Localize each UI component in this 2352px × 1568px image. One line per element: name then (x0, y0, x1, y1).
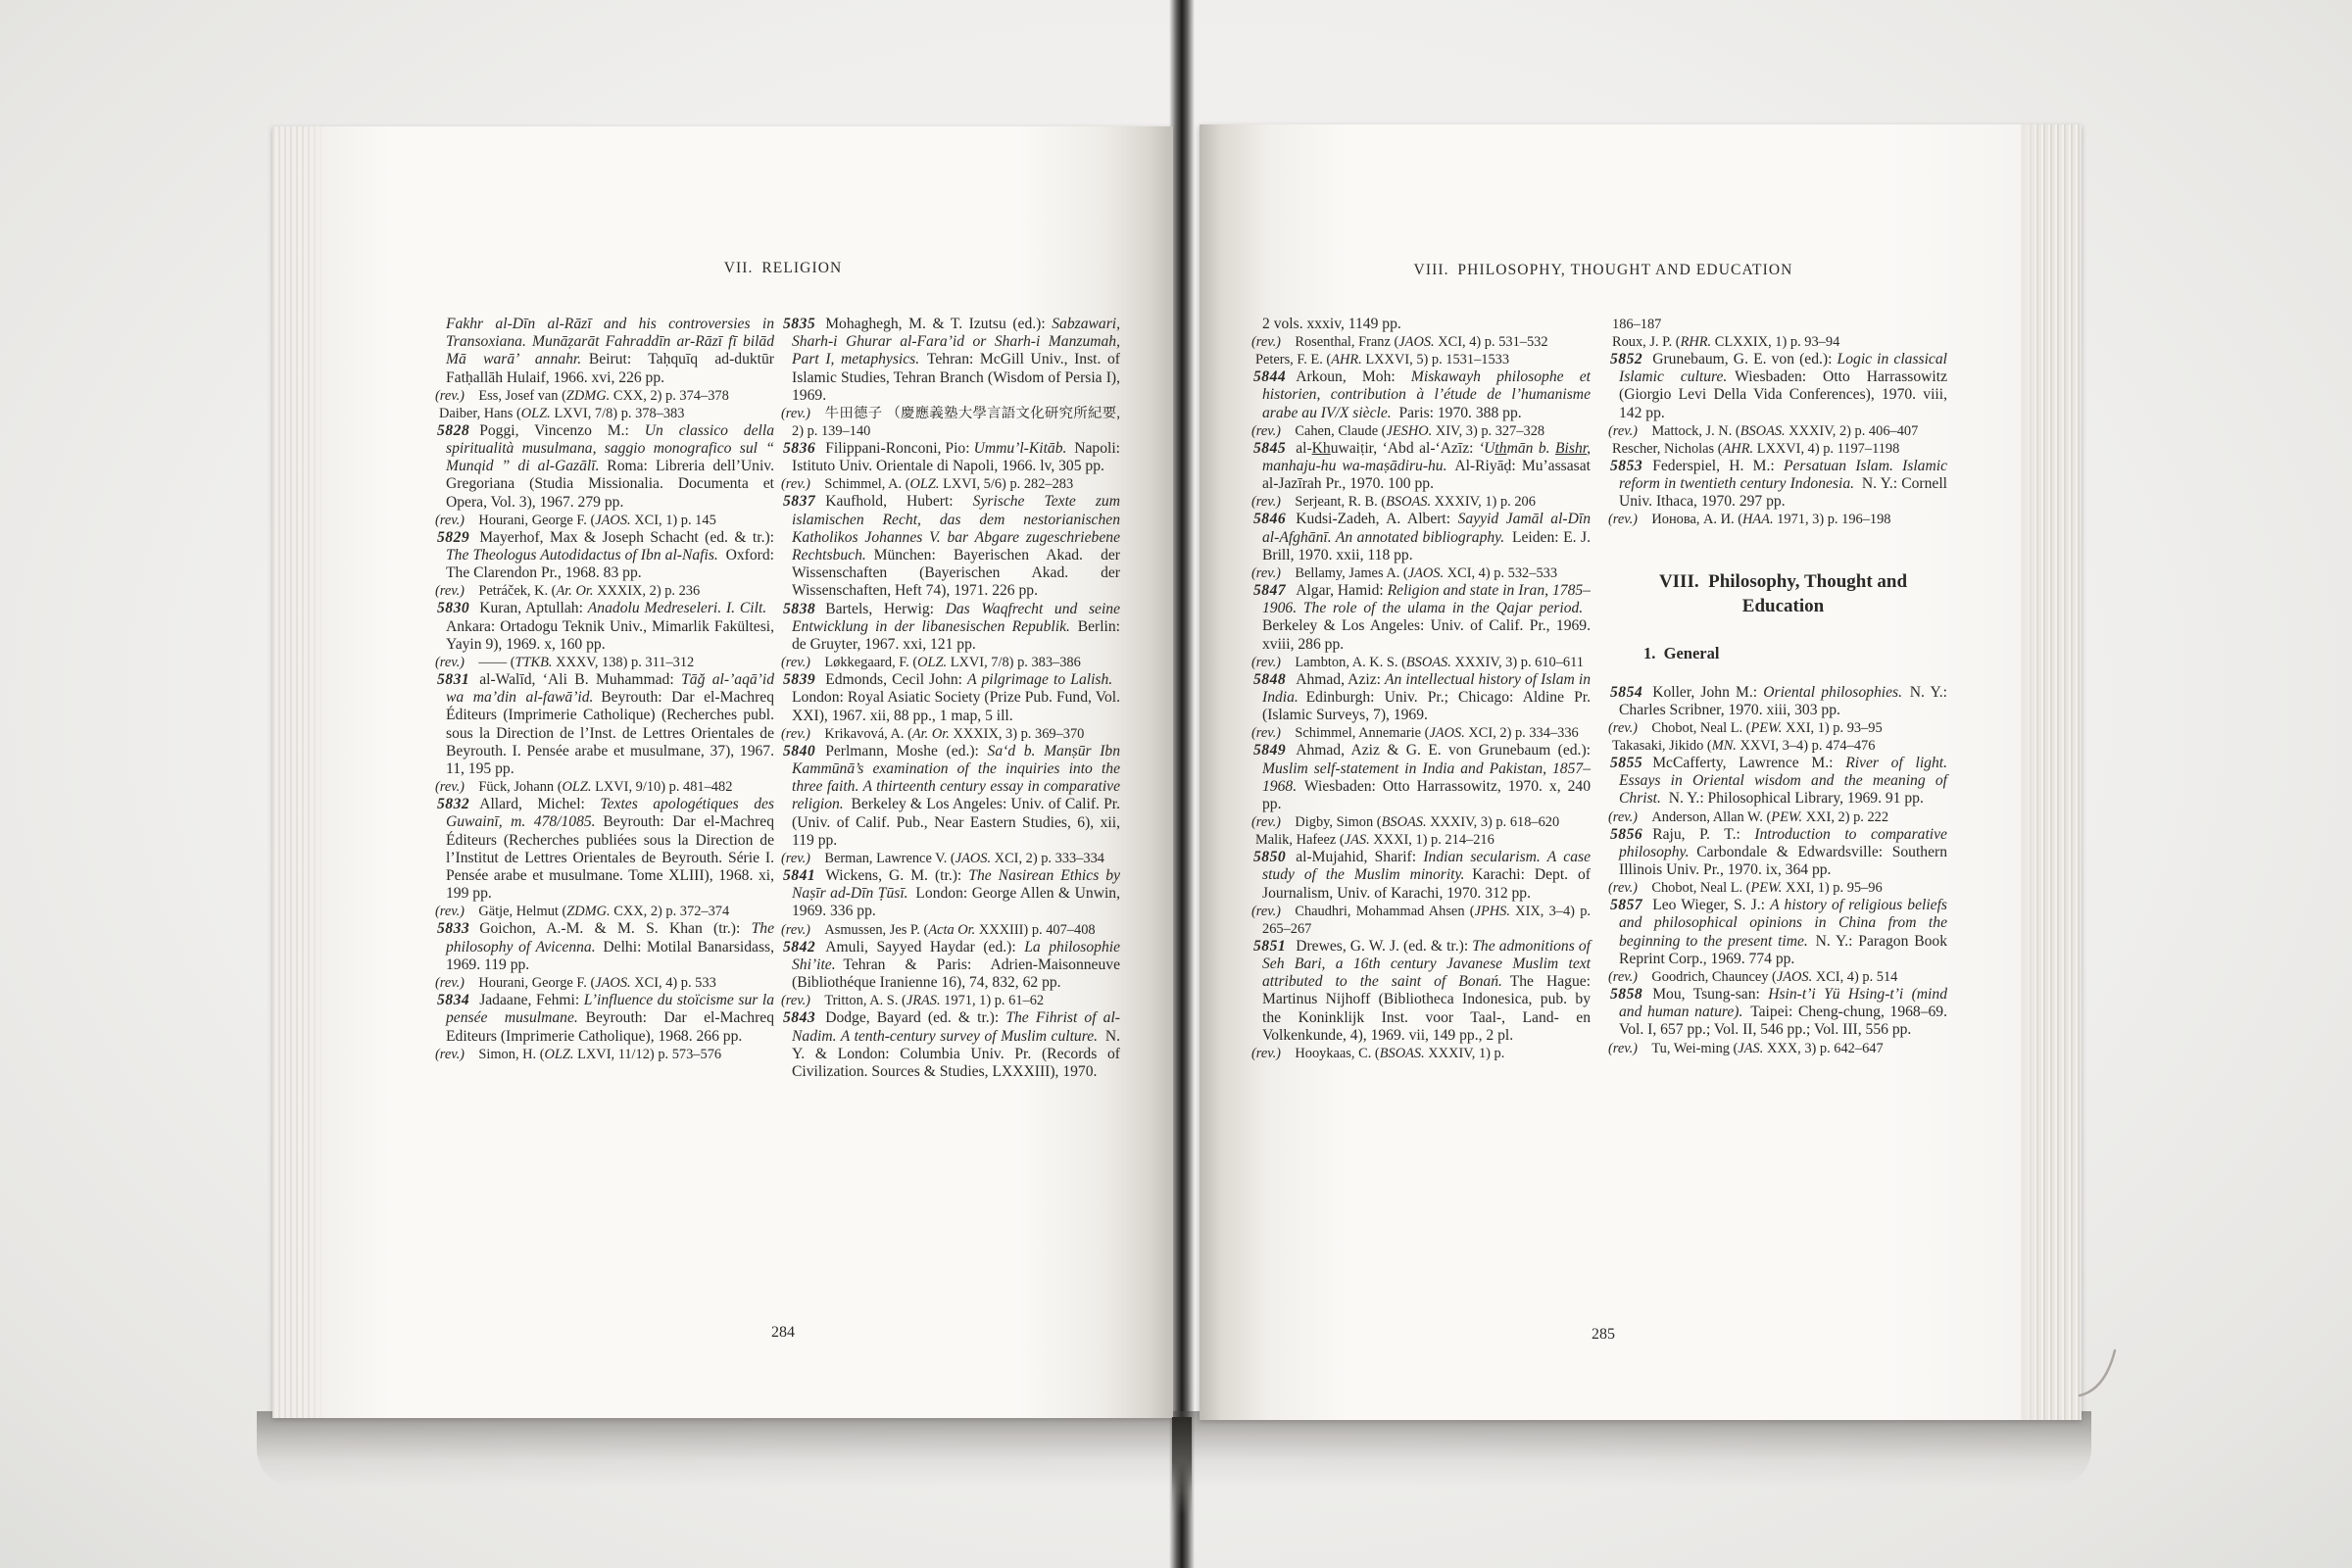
text-run: Chaudhri, Mohammad Ahsen ( (1281, 904, 1475, 919)
review-line: 186–187 (1619, 316, 1947, 333)
text-run: Anderson, Allan W. ( (1638, 809, 1771, 825)
entry-number: 5844 (1253, 368, 1296, 385)
entry-number: 5831 (437, 671, 479, 688)
text-run: al-Walīd, ‘Ali B. Muhammad: (479, 671, 681, 688)
text-run: PEW. (1750, 720, 1782, 736)
entry-number: 5837 (783, 493, 825, 510)
page-curl-mark (2076, 1345, 2121, 1399)
text-run: Digby, Simon ( (1281, 814, 1382, 830)
bib-entry-5844: 5844Arkoun, Moh: Miskawayh philosophe et… (1262, 368, 1591, 422)
text-run: Oriental philosophies. (1763, 684, 1902, 701)
text-run: (rev.) (1251, 1046, 1281, 1061)
bib-entry-5830: 5830Kuran, Aptullah: Anadolu Medreseleri… (446, 600, 774, 654)
text-run: XXXIV, 1) p. (1425, 1046, 1505, 1061)
entry-number: 5845 (1253, 440, 1296, 457)
bib-entry-5852: 5852Grunebaum, G. E. von (ed.): Logic in… (1619, 351, 1947, 422)
bib-entry-5828: 5828Poggi, Vincenzo M.: Un classico dell… (446, 422, 774, 512)
entry-number: 5843 (783, 1009, 825, 1026)
bib-entry-5832: 5832Allard, Michel: Textes apologétiques… (446, 796, 774, 903)
text-run: (rev.) (1251, 725, 1281, 741)
bib-entry-5833: 5833Goichon, A.-M. & M. S. Khan (tr.): T… (446, 920, 774, 974)
text-run: BSOAS. (1386, 494, 1431, 510)
review-line: (rev.) Simon, H. (OLZ. LXVI, 11/12) p. 5… (446, 1046, 774, 1063)
text-run: Filippani-Ronconi, Pio: (825, 440, 973, 457)
bib-entry-5829: 5829Mayerhof, Max & Joseph Schacht (ed. … (446, 529, 774, 583)
text-run: Edinburgh: Univ. Pr.; Chicago: Aldine Pr… (1262, 689, 1591, 723)
text-run: Kudsi-Zadeh, A. Albert: (1296, 511, 1457, 527)
review-line: (rev.) Hourani, George F. (JAOS. XCI, 4)… (446, 974, 774, 992)
text-run: XXXIV, 2) p. 406–407 (1786, 423, 1919, 439)
left-page-column-2: 5835Mohaghegh, M. & T. Izutsu (ed.): Sab… (792, 316, 1120, 1081)
text-run: Schimmel, Annemarie ( (1281, 725, 1429, 741)
review-line: (rev.) Chaudhri, Mohammad Ahsen (JPHS. X… (1262, 903, 1591, 938)
text-run: Arkoun, Moh: (1296, 368, 1411, 385)
text-run: 186–187 (1612, 317, 1661, 332)
review-line: (rev.) Berman, Lawrence V. (JAOS. XCI, 2… (792, 850, 1120, 867)
bib-entry-5841: 5841Wickens, G. M. (tr.): The Nasirean E… (792, 867, 1120, 921)
text-run: Takasaki, Jikido ( (1612, 738, 1712, 754)
text-run: Dodge, Bayard (ed. & tr.): (825, 1009, 1005, 1026)
text-run: McCafferty, Lawrence M.: (1652, 755, 1845, 771)
text-run: Peters, F. E. ( (1255, 352, 1331, 367)
entry-number: 5832 (437, 796, 479, 812)
text-run: ZDMG. (566, 388, 610, 404)
text-run: JAS. (1738, 1041, 1763, 1056)
bib-entry-5836: 5836Filippani-Ronconi, Pio: Ummu’l-Kitāb… (792, 440, 1120, 475)
text-run: CXX, 2) p. 372–374 (611, 904, 730, 919)
text-run: Wiesbaden: Otto Harrassowitz, 1970. x, 2… (1262, 778, 1591, 812)
right-page: VIII. PHILOSOPHY, THOUGHT AND EDUCATION … (1200, 124, 2082, 1420)
text-run: (rev.) (1608, 423, 1638, 439)
text-run: XXI, 1) p. 93–95 (1782, 720, 1882, 736)
text-run: Chobot, Neal L. ( (1638, 720, 1751, 736)
review-line: (rev.) Krikavová, A. (Ar. Or. XXXIX, 3) … (792, 725, 1120, 743)
text-run: 2 vols. xxxiv, 1149 pp. (1262, 316, 1401, 332)
review-line: (rev.) Gätje, Helmut (ZDMG. CXX, 2) p. 3… (446, 903, 774, 920)
text-run: (rev.) (1251, 814, 1281, 830)
text-run: (rev.) (781, 476, 810, 492)
text-run: (rev.) (1251, 655, 1281, 670)
text-run: (rev.) (1608, 880, 1638, 896)
text-run: 1. General (1643, 644, 1719, 662)
bib-entry-5843: 5843Dodge, Bayard (ed. & tr.): The Fihri… (792, 1009, 1120, 1081)
text-run: Mayerhof, Max & Joseph Schacht (ed. & tr… (479, 529, 774, 546)
text-run: OLZ. (563, 779, 592, 795)
text-run: mān b. (1507, 440, 1555, 457)
review-line: (rev.) Hooykaas, C. (BSOAS. XXXIV, 1) p. (1262, 1045, 1591, 1062)
review-line: (rev.) Ess, Josef van (ZDMG. CXX, 2) p. … (446, 387, 774, 405)
text-run: Anadolu Medreseleri. I. Cilt. (588, 600, 766, 616)
text-run: Goodrich, Chauncey ( (1638, 969, 1777, 985)
text-run: OLZ. (545, 1047, 574, 1062)
text-run: (rev.) (781, 993, 810, 1008)
text-run: JAOS. (1429, 725, 1464, 741)
text-run: TTKB. (515, 655, 553, 670)
bib-entry-5851: 5851Drewes, G. W. J. (ed. & tr.): The ad… (1262, 938, 1591, 1045)
text-run: JAOS. (1777, 969, 1812, 985)
text-run: Ummu’l-Kitāb. (974, 440, 1067, 457)
section-heading: VIII. Philosophy, Thought and Education (1627, 569, 1939, 618)
text-run: Gätje, Helmut ( (465, 904, 566, 919)
text-run: Drewes, G. W. J. (ed. & tr.): (1296, 938, 1472, 955)
entry-number: 5854 (1610, 684, 1652, 701)
text-run: Jadaane, Fehmi: (479, 992, 584, 1008)
text-run: JAOS. (595, 975, 630, 991)
review-line: (rev.) Chobot, Neal L. (PEW. XXI, 1) p. … (1619, 719, 1947, 737)
text-run: Asmussen, Jes P. ( (810, 922, 928, 938)
text-run: Mou, Tsung-san: (1652, 986, 1768, 1003)
text-run: Schimmel, A. ( (810, 476, 910, 492)
entry-number: 5857 (1610, 897, 1652, 913)
bib-entry-5837: 5837Kaufhold, Hubert: Syrische Texte zum… (792, 493, 1120, 600)
text-run: ZDMG. (566, 904, 610, 919)
text-run: —— ( (465, 655, 515, 670)
text-run: (rev.) (1251, 423, 1281, 439)
text-run: Ahmad, Aziz & G. E. von Grunebaum (ed.): (1296, 742, 1591, 759)
text-run: LXVI, 5/6) p. 282–283 (940, 476, 1074, 492)
review-line: (rev.) Tritton, A. S. (JRAS. 1971, 1) p.… (792, 992, 1120, 1009)
review-line: Daiber, Hans (OLZ. LXVI, 7/8) p. 378–383 (446, 405, 774, 422)
text-run: XXXV, 138) p. 311–312 (553, 655, 695, 670)
bib-entry-5845: 5845al-Khuwaiṭir, ‘Abd al-‘Azīz: ‘Uthmān… (1262, 440, 1591, 494)
bib-entry-5842: 5842Amuli, Sayyed Haydar (ed.): La philo… (792, 939, 1120, 993)
review-line: (rev.) Digby, Simon (BSOAS. XXXIV, 3) p.… (1262, 813, 1591, 831)
text-run: CXX, 2) p. 374–378 (610, 388, 729, 404)
text-run: (rev.) (1608, 969, 1638, 985)
text-run: AHR. (1331, 352, 1362, 367)
running-head-left: VII. RELIGION (446, 260, 1120, 277)
review-line: Malik, Hafeez (JAS. XXXI, 1) p. 214–216 (1262, 831, 1591, 849)
text-run: Raju, P. T.: (1652, 826, 1754, 843)
review-line: (rev.) Bellamy, James A. (JAOS. XCI, 4) … (1262, 564, 1591, 582)
text-run: XXVI, 3–4) p. 474–476 (1737, 738, 1876, 754)
text-run: XIV, 3) p. 327–328 (1432, 423, 1544, 439)
text-run: Koller, John M.: (1652, 684, 1763, 701)
text-run: Ar. Or. (556, 583, 593, 599)
text-run: Løkkegaard, F. ( (810, 655, 917, 670)
text-run: Wickens, G. M. (tr.): (825, 867, 968, 884)
text-run: (rev.) (781, 406, 810, 421)
text-run: XCI, 4) p. 533 (631, 975, 716, 991)
review-line: (rev.) Anderson, Allan W. (PEW. XXI, 2) … (1619, 808, 1947, 826)
review-line: (rev.) Ионова, А. И. (HAA. 1971, 3) p. 1… (1619, 511, 1947, 528)
text-run: 牛田德子 （慶應義塾大學言語文化研究所紀要, 2) p. 139–140 (792, 406, 1120, 439)
bib-entry-5848: 5848Ahmad, Aziz: An intellectual history… (1262, 671, 1591, 725)
text-run: LXVI, 7/8) p. 383–386 (947, 655, 1081, 670)
text-run: Krikavová, A. ( (810, 726, 912, 742)
review-line: (rev.) 牛田德子 （慶應義塾大學言語文化研究所紀要, 2) p. 139–… (792, 405, 1120, 440)
text-run: LXXVI, 5) p. 1531–1533 (1362, 352, 1509, 367)
continuation-text: 2 vols. xxxiv, 1149 pp. (1262, 316, 1591, 333)
review-line: Rescher, Nicholas (AHR. LXXVI, 4) p. 119… (1619, 440, 1947, 458)
text-run: 1971, 1) p. 61–62 (941, 993, 1045, 1008)
text-run: al- (1296, 440, 1311, 457)
text-run: XCI, 4) p. 532–533 (1444, 565, 1557, 581)
text-run: XCI, 2) p. 334–336 (1465, 725, 1579, 741)
bib-entry-5831: 5831al-Walīd, ‘Ali B. Muhammad: Tāğ al-’… (446, 671, 774, 778)
left-page-column-1: Fakhr al-Dīn al-Rāzī and his controversi… (446, 316, 774, 1063)
text-run: Hourani, George F. ( (465, 513, 595, 528)
text-run: Mattock, J. N. ( (1638, 423, 1740, 439)
page-stack-edge-left (272, 126, 327, 1418)
entry-number: 5852 (1610, 351, 1652, 367)
text-run: (rev.) (1251, 904, 1281, 919)
text-run: (rev.) (435, 1047, 465, 1062)
text-run: BSOAS. (1406, 655, 1451, 670)
text-run: Ess, Josef van ( (465, 388, 566, 404)
bib-entry-5838: 5838Bartels, Herwig: Das Waqfrecht und s… (792, 601, 1120, 655)
text-run: BSOAS. (1382, 814, 1427, 830)
text-run: th (1494, 440, 1506, 457)
entry-number: 5841 (783, 867, 825, 884)
text-run: Ahmad, Aziz: (1296, 671, 1385, 688)
text-run: MN. (1712, 738, 1737, 754)
text-run: Mohaghegh, M. & T. Izutsu (ed.): (825, 316, 1052, 332)
text-run: al-Mujahid, Sharif: (1296, 849, 1423, 865)
text-run: Ионова, А. И. ( (1638, 512, 1742, 527)
bib-entry-5856: 5856Raju, P. T.: Introduction to compara… (1619, 826, 1947, 880)
entry-number: 5830 (437, 600, 479, 616)
continuation-text: Fakhr al-Dīn al-Rāzī and his controversi… (446, 316, 774, 387)
text-run: Fück, Johann ( (465, 779, 563, 795)
text-run: LXVI, 9/10) p. 481–482 (592, 779, 733, 795)
review-line: (rev.) Schimmel, A. (OLZ. LXVI, 5/6) p. … (792, 475, 1120, 493)
review-line: (rev.) —— (TTKB. XXXV, 138) p. 311–312 (446, 654, 774, 671)
text-run: VIII. Philosophy, Thought and Education (1659, 571, 1907, 616)
text-run: Kuran, Aptullah: (479, 600, 588, 616)
entry-number: 5828 (437, 422, 479, 439)
text-run: Bellamy, James A. ( (1281, 565, 1408, 581)
entry-number: 5833 (437, 920, 479, 937)
bib-entry-5846: 5846Kudsi-Zadeh, A. Albert: Sayyid Jamāl… (1262, 511, 1591, 564)
text-run: Bartels, Herwig: (825, 601, 945, 617)
text-run: OLZ. (917, 655, 947, 670)
text-run: XXXIX, 2) p. 236 (593, 583, 700, 599)
text-run: JAOS. (595, 513, 630, 528)
review-line: (rev.) Chobot, Neal L. (PEW. XXI, 1) p. … (1619, 879, 1947, 897)
bib-entry-5847: 5847Algar, Hamid: Religion and state in … (1262, 582, 1591, 654)
text-run: LXVI, 7/8) p. 378–383 (551, 406, 685, 421)
text-run: Roux, J. P. ( (1612, 334, 1681, 350)
bib-entry-5849: 5849Ahmad, Aziz & G. E. von Grunebaum (e… (1262, 742, 1591, 813)
text-run: (rev.) (781, 851, 810, 866)
review-line: (rev.) Schimmel, Annemarie (JAOS. XCI, 2… (1262, 724, 1591, 742)
bib-entry-5835: 5835Mohaghegh, M. & T. Izutsu (ed.): Sab… (792, 316, 1120, 405)
text-run: (rev.) (1608, 720, 1638, 736)
text-run: Tritton, A. S. ( (810, 993, 906, 1008)
text-run: LXVI, 11/12) p. 573–576 (574, 1047, 722, 1062)
text-run: 1971, 3) p. 196–198 (1774, 512, 1891, 527)
review-line: (rev.) Tu, Wei-ming (JAS. XXX, 3) p. 642… (1619, 1040, 1947, 1057)
text-run: Hourani, George F. ( (465, 975, 595, 991)
page-stack-edge-right (2021, 124, 2082, 1420)
text-run: (rev.) (1608, 809, 1638, 825)
text-run: XXXIX, 3) p. 369–370 (950, 726, 1085, 742)
text-run: (rev.) (781, 922, 810, 938)
text-run: A pilgrimage to Lalish. (967, 671, 1112, 688)
entry-number: 5856 (1610, 826, 1652, 843)
text-run: JRAS. (906, 993, 941, 1008)
text-run: OLZ. (521, 406, 551, 421)
text-run: Tehran & Paris: Adrien-Maisonneuve (Bibl… (792, 956, 1120, 991)
text-run: XCI, 2) p. 333–334 (991, 851, 1104, 866)
right-page-column-1: 2 vols. xxxiv, 1149 pp.(rev.) Rosenthal,… (1262, 316, 1591, 1062)
review-line: (rev.) Petráček, K. (Ar. Or. XXXIX, 2) p… (446, 582, 774, 600)
text-run: Federspiel, H. M.: (1652, 458, 1784, 474)
entry-number: 5848 (1253, 671, 1296, 688)
review-line: (rev.) Hourani, George F. (JAOS. XCI, 1)… (446, 512, 774, 529)
text-run: XXXIV, 3) p. 618–620 (1427, 814, 1560, 830)
text-run: Edmonds, Cecil John: (825, 671, 967, 688)
entry-number: 5858 (1610, 986, 1652, 1003)
review-line: (rev.) Goodrich, Chauncey (JAOS. XCI, 4)… (1619, 968, 1947, 986)
entry-number: 5836 (783, 440, 825, 457)
text-run: ‘U (1479, 440, 1494, 457)
bib-entry-5840: 5840Perlmann, Moshe (ed.): Sa‘d b. Manṣū… (792, 743, 1120, 850)
text-run: (rev.) (435, 583, 465, 599)
text-run: (rev.) (435, 655, 465, 670)
text-run: Serjeant, R. B. ( (1281, 494, 1386, 510)
book-photo: VII. RELIGION Fakhr al-Dīn al-Rāzī and h… (0, 0, 2352, 1568)
text-run: Tu, Wei-ming ( (1638, 1041, 1738, 1056)
review-line: Takasaki, Jikido (MN. XXVI, 3–4) p. 474–… (1619, 737, 1947, 755)
text-run: N. Y.: Philosophical Library, 1969. 91 p… (1661, 790, 1924, 807)
entry-number: 5834 (437, 992, 479, 1008)
text-run: Paris: 1970. 388 pp. (1392, 405, 1522, 421)
entry-number: 5838 (783, 601, 825, 617)
review-line: (rev.) Cahen, Claude (JESHO. XIV, 3) p. … (1262, 422, 1591, 440)
text-run: XCI, 4) p. 514 (1812, 969, 1897, 985)
text-run: (rev.) (435, 975, 465, 991)
text-run: Perlmann, Moshe (ed.): (825, 743, 987, 759)
text-run: LXXVI, 4) p. 1197–1198 (1753, 441, 1899, 457)
text-run: Grunebaum, G. E. von (ed.): (1652, 351, 1837, 367)
book-spine-bottom (1172, 1417, 1192, 1515)
text-run: (rev.) (435, 388, 465, 404)
bib-entry-5834: 5834Jadaane, Fehmi: L’influence du stoïc… (446, 992, 774, 1046)
text-run: Bishr (1555, 440, 1587, 457)
text-run: (rev.) (435, 904, 465, 919)
review-line: (rev.) Lambton, A. K. S. (BSOAS. XXXIV, … (1262, 654, 1591, 671)
text-run: (rev.) (435, 779, 465, 795)
text-run: Simon, H. ( (465, 1047, 545, 1062)
text-run: Cahen, Claude ( (1281, 423, 1387, 439)
text-run: JAOS. (1408, 565, 1444, 581)
text-run: XXXIII) p. 407–408 (975, 922, 1095, 938)
text-run: PEW. (1771, 809, 1802, 825)
text-run: Goichon, A.-M. & M. S. Khan (tr.): (479, 920, 751, 937)
text-run: JAOS. (955, 851, 991, 866)
text-run: XXXI, 1) p. 214–216 (1370, 832, 1494, 848)
text-run: Allard, Michel: (479, 796, 600, 812)
bib-entry-5839: 5839Edmonds, Cecil John: A pilgrimage to… (792, 671, 1120, 725)
text-run: AHR. (1723, 441, 1754, 457)
text-run: HAA. (1742, 512, 1774, 527)
review-line: Peters, F. E. (AHR. LXXVI, 5) p. 1531–15… (1262, 351, 1591, 368)
right-page-column-2: 186–187Roux, J. P. (RHR. CLXXIX, 1) p. 9… (1619, 316, 1947, 1057)
entry-number: 5847 (1253, 582, 1296, 599)
text-run: Malik, Hafeez ( (1255, 832, 1345, 848)
bib-entry-5858: 5858Mou, Tsung-san: Hsin-t’i Yü Hsing-t’… (1619, 986, 1947, 1040)
review-line: Roux, J. P. (RHR. CLXXIX, 1) p. 93–94 (1619, 333, 1947, 351)
text-run: (rev.) (781, 655, 810, 670)
text-run: JAOS. (1398, 334, 1434, 350)
bib-entry-5857: 5857Leo Wieger, S. J.: A history of reli… (1619, 897, 1947, 968)
text-run: Acta Or. (928, 922, 975, 938)
entry-number: 5855 (1610, 755, 1652, 771)
running-head-right: VIII. PHILOSOPHY, THOUGHT AND EDUCATION (1262, 262, 1944, 279)
text-run: (rev.) (781, 726, 810, 742)
review-line: (rev.) Mattock, J. N. (BSOAS. XXXIV, 2) … (1619, 422, 1947, 440)
text-run: Rescher, Nicholas ( (1612, 441, 1723, 457)
text-run: XCI, 4) p. 531–532 (1435, 334, 1548, 350)
text-run: XXI, 1) p. 95–96 (1782, 880, 1882, 896)
review-line: (rev.) Rosenthal, Franz (JAOS. XCI, 4) p… (1262, 333, 1591, 351)
review-line: (rev.) Fück, Johann (OLZ. LXVI, 9/10) p.… (446, 778, 774, 796)
entry-number: 5840 (783, 743, 825, 759)
text-run: Ar. Or. (912, 726, 950, 742)
text-run: PEW. (1750, 880, 1782, 896)
text-run: XXI, 2) p. 222 (1802, 809, 1888, 825)
review-line: (rev.) Serjeant, R. B. (BSOAS. XXXIV, 1)… (1262, 493, 1591, 511)
entry-number: 5842 (783, 939, 825, 955)
text-run: JAS. (1345, 832, 1370, 848)
page-number-right: 285 (1262, 1326, 1944, 1344)
text-run: Leo Wieger, S. J.: (1652, 897, 1770, 913)
text-run: Berman, Lawrence V. ( (810, 851, 955, 866)
text-run: BSOAS. (1380, 1046, 1425, 1061)
text-run: RHR. (1681, 334, 1712, 350)
text-run: Hooykaas, C. ( (1281, 1046, 1380, 1061)
entry-number: 5829 (437, 529, 479, 546)
text-run: XXX, 3) p. 642–647 (1763, 1041, 1883, 1056)
text-run: Algar, Hamid: (1296, 582, 1387, 599)
text-run: Chobot, Neal L. ( (1638, 880, 1751, 896)
left-page: VII. RELIGION Fakhr al-Dīn al-Rāzī and h… (272, 126, 1173, 1418)
text-run: Kh (1312, 440, 1331, 457)
text-run: Lambton, A. K. S. ( (1281, 655, 1406, 670)
bib-entry-5850: 5850al-Mujahid, Sharif: Indian secularis… (1262, 849, 1591, 903)
text-run: (rev.) (1251, 494, 1281, 510)
entry-number: 5849 (1253, 742, 1296, 759)
entry-number: 5839 (783, 671, 825, 688)
text-run: Amuli, Sayyed Haydar (ed.): (825, 939, 1024, 955)
entry-number: 5835 (783, 316, 825, 332)
text-run: JPHS. (1475, 904, 1510, 919)
text-run: XXXIV, 3) p. 610–611 (1451, 655, 1584, 670)
bib-entry-5854: 5854Koller, John M.: Oriental philosophi… (1619, 684, 1947, 719)
bib-entry-5853: 5853Federspiel, H. M.: Persatuan Islam. … (1619, 458, 1947, 512)
text-run: (rev.) (1251, 565, 1281, 581)
entry-number: 5850 (1253, 849, 1296, 865)
text-run: JESHO. (1386, 423, 1432, 439)
text-run: Rosenthal, Franz ( (1281, 334, 1398, 350)
page-number-left: 284 (446, 1324, 1120, 1342)
text-run: (rev.) (1251, 334, 1281, 350)
text-run: OLZ. (910, 476, 940, 492)
text-run: XXXIV, 1) p. 206 (1431, 494, 1536, 510)
text-run: Petráček, K. ( (465, 583, 557, 599)
bib-entry-5855: 5855McCafferty, Lawrence M.: River of li… (1619, 755, 1947, 808)
review-line: (rev.) Asmussen, Jes P. (Acta Or. XXXIII… (792, 921, 1120, 939)
review-line: (rev.) Løkkegaard, F. (OLZ. LXVI, 7/8) p… (792, 654, 1120, 671)
text-run: Daiber, Hans ( (439, 406, 521, 421)
text-run: uwaiṭir, ‘Abd al-‘Azīz: (1331, 440, 1479, 457)
subsection-heading: 1. General (1643, 645, 1947, 662)
text-run: The Theologus Autodidactus of Ibn al-Naf… (446, 547, 718, 563)
entry-number: 5853 (1610, 458, 1652, 474)
text-run: (rev.) (1608, 512, 1638, 527)
